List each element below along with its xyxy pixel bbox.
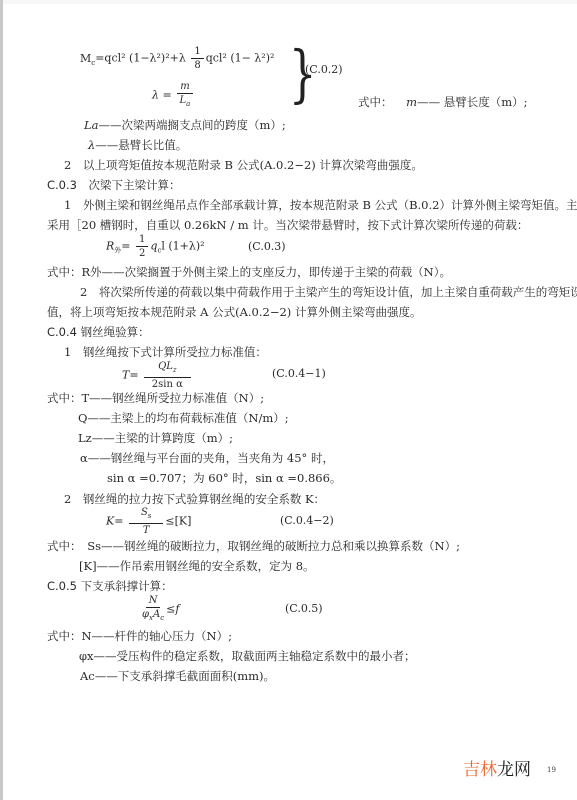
c02-where-m: 式中： m—— 悬臂长度（m）;: [358, 94, 528, 110]
equation-label-c05: (C.0.5): [285, 602, 323, 615]
section-heading-c05: C.0.5 下支承斜撑计算：: [47, 578, 173, 594]
section-heading-c03: C.0.3 次梁下主梁计算：: [47, 177, 180, 193]
c02-item-2: 2 以上项弯矩值按本规范附录 B 公式(A.0.2−2) 计算次梁弯曲强度。: [64, 157, 423, 173]
c04-where-ss: 式中： Ss——钢丝绳的破断拉力，取钢丝绳的破断拉力总和乘以换算系数（N）;: [47, 538, 460, 554]
c03-para1-line1: 1 外侧主梁和钢丝绳吊点作全部承载计算，按本规范附录 B 公式（B.0.2）计算…: [64, 197, 577, 213]
c04-item-1: 1 钢丝绳按下式计算所受拉力标准值：: [64, 344, 267, 360]
fraction-n-over-phi-a: NφxAc: [142, 594, 164, 625]
c03-para2-line1: 2 将次梁所传递的荷载以集中荷载作用于主梁产生的弯矩设计值，加上主梁自重荷载产生…: [80, 284, 577, 300]
formula-c03: R外= 12qcl (1+λ)²: [106, 233, 205, 260]
watermark-black-text: 龙网: [497, 760, 531, 780]
definition-alpha: α——钢丝绳与平台面的夹角，当夹角为 45° 时，: [80, 450, 334, 466]
fraction-ql-over-2sin: QLz2sin α: [144, 360, 191, 391]
definition-ac: Ac——下支承斜撑毛截面面积(mm)。: [80, 668, 275, 684]
c04-item-2: 2 钢丝绳的拉力按下式验算钢丝绳的安全系数 K：: [64, 491, 325, 507]
fraction-one-eighth: 18: [191, 45, 203, 72]
section-heading-c04: C.0.4 钢丝绳验算：: [47, 324, 150, 340]
definition-la: La——次梁两端搁支点间的跨度（m）;: [84, 117, 286, 133]
c03-where-r: 式中：R外——次梁搁置于外侧主梁上的支座反力，即传递于主梁的荷载（N）。: [47, 264, 451, 280]
equation-label-c03: (C.0.3): [248, 240, 286, 253]
definition-k: [K]——作吊索用钢丝绳的安全系数，定为 8。: [79, 558, 315, 574]
watermark-orange-text: 吉林: [463, 760, 497, 780]
symbol-m: m: [406, 95, 417, 109]
definition-lz: Lz——主梁的计算跨度（m）;: [78, 430, 233, 446]
equation-label-c04-1: (C.0.4−1): [272, 367, 326, 380]
where-label: 式中：: [358, 95, 393, 109]
formula-term-b: qcl² (1− λ²)²: [206, 52, 275, 65]
equation-label-c02: (C.0.2): [305, 63, 343, 76]
site-watermark: 吉林龙网: [463, 755, 531, 780]
lambda-lhs: λ =: [152, 89, 172, 102]
formula-c04-1: T= QLz2sin α: [122, 360, 193, 391]
formula-lhs: Mc: [80, 52, 95, 65]
formula-c02-line2: λ = mLa: [152, 80, 195, 111]
formula-c04-2: K= SsT≤[K]: [106, 506, 191, 537]
definition-m: —— 悬臂长度（m）;: [417, 95, 527, 109]
c03-para2-line2: 值，将上项弯矩按本规范附录 A 公式(A.0.2−2) 计算外侧主梁弯曲强度。: [47, 304, 421, 320]
page-left-border: [0, 0, 3, 800]
formula-c02-line1: Mc=qcl² (1−λ²)²+λ 18qcl² (1− λ²)²: [80, 45, 274, 72]
definition-q: Q——主梁上的均布荷载标准值（N/m）;: [78, 410, 289, 426]
c04-where-t: 式中：T——钢丝绳所受拉力标准值（N）;: [47, 390, 264, 406]
definition-lambda: λ——悬臂长比值。: [88, 137, 187, 153]
page-number: 19: [547, 766, 556, 774]
formula-c05: NφxAc≤f: [140, 594, 179, 625]
fraction-m-over-la: mLa: [177, 80, 192, 111]
definition-alpha-values: sin α =0.707；为 60° 时，sin α =0.866。: [107, 470, 341, 486]
fraction-one-half: 12: [136, 233, 148, 260]
equation-label-c04-2: (C.0.4−2): [280, 514, 334, 527]
c03-para1-line2: 采用［20 槽钢时，自重以 0.26kN / m 计。当次梁带悬臂时，按下式计算…: [47, 217, 528, 233]
fraction-ss-over-t: SsT: [129, 506, 163, 537]
formula-term-a: =qcl² (1−λ²)²+λ: [95, 52, 186, 65]
page-top-edge: [3, 0, 577, 4]
definition-phi: φx——受压构件的稳定系数，取截面两主轴稳定系数中的最小者；: [79, 648, 416, 664]
c05-where-n: 式中：N——杆件的轴心压力（N）;: [47, 628, 232, 644]
